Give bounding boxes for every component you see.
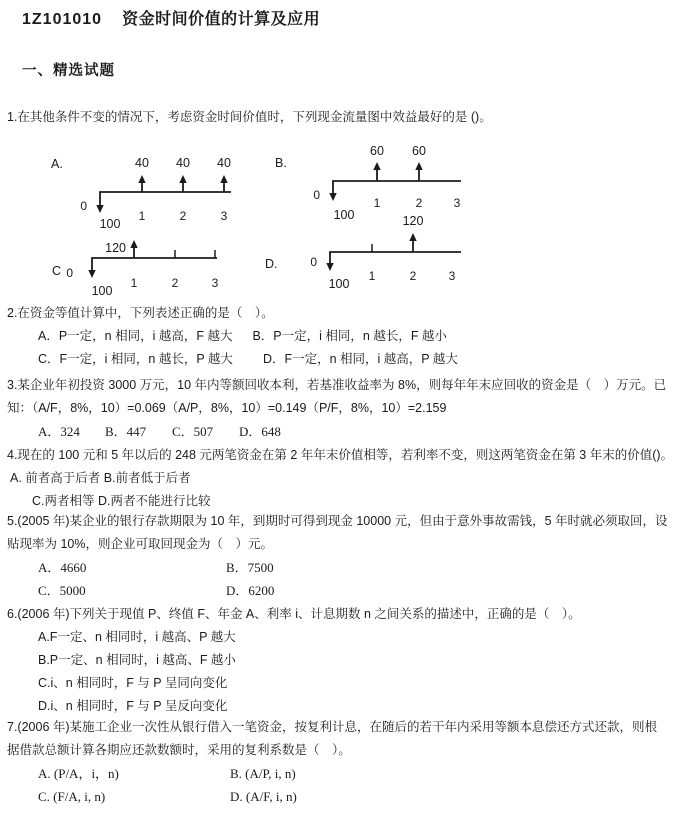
time-label-3: 3 — [449, 269, 456, 283]
option-c: C．5000 — [38, 579, 226, 602]
time-label-0: 0 — [80, 199, 87, 213]
inflow-amount: 60 — [412, 145, 426, 158]
section-heading: 一、精选试题 — [22, 59, 115, 80]
outflow-amount: 100 — [100, 217, 121, 231]
option-c: C. (F/A, i, n) — [38, 785, 230, 808]
arrowhead-down — [96, 205, 103, 213]
option-a: A．324 — [38, 420, 81, 443]
option-b: B．7500 — [226, 560, 274, 575]
question-3: 3.某企业年初投资 3000 万元，10 年内等额回收本利，若基准收益率为 8%… — [7, 374, 666, 443]
question-2-options-row-2: C．F一定，i 相同，n 越长，P 越大D．F一定，n 相同，i 越高，P 越大 — [7, 348, 458, 371]
question-7-text-line-1: 7.(2006 年)某施工企业一次性从银行借入一笔资金，按复利计息，在随后的若干… — [7, 716, 657, 739]
question-4-options-row-1: A. 前者高于后者 B.前者低于后者 — [7, 467, 673, 490]
option-c: C．507 — [172, 420, 215, 443]
question-7-options-row-1: A. (P/A，i，n)B. (A/P, i, n) — [7, 762, 657, 785]
time-label-3: 3 — [212, 276, 219, 290]
inflow-amount: 120 — [403, 214, 424, 228]
inflow-amount: 40 — [217, 156, 231, 170]
time-label-2: 2 — [416, 196, 423, 210]
inflow-amount: 120 — [105, 241, 126, 255]
cashflow-diagram-c: C0100120123 — [40, 235, 257, 302]
arrowhead-down — [329, 193, 336, 201]
diagram-option-letter: D. — [265, 257, 278, 271]
arrowhead-up — [415, 162, 422, 170]
question-2: 2.在资金等值计算中，下列表述正确的是（ ）。 A．P一定，n 相同，i 越高，… — [7, 302, 458, 371]
arrowhead-up — [179, 175, 186, 183]
cashflow-svg-d: D.0100120123 — [258, 212, 480, 300]
option-a: A.F一定、n 相同时，i 越高、P 越大 — [7, 626, 581, 649]
question-5: 5.(2005 年)某企业的银行存款期限为 10 年，到期时可得到现金 1000… — [7, 510, 668, 602]
time-label-0: 0 — [310, 255, 317, 269]
arrowhead-up — [138, 175, 145, 183]
question-5-text-line-2: 贴现率为 10%，则企业可取回现金为（ ）元。 — [7, 533, 668, 556]
option-c: C.i、n 相同时，F 与 P 呈同向变化 — [7, 672, 581, 695]
option-d: D. (A/F, i, n) — [230, 789, 297, 804]
question-4: 4.现在的 100 元和 5 年以后的 248 元两笔资金在第 2 年年末价值相… — [7, 444, 673, 513]
inflow-amount: 40 — [135, 156, 149, 170]
option-d: D．F一定，n 相同，i 越高，P 越大 — [263, 352, 458, 366]
cashflow-diagram-a: A.0100404040123 — [40, 150, 255, 241]
question-5-options-row-1: A．4660B．7500 — [7, 556, 668, 579]
question-5-options-row-2: C．5000D．6200 — [7, 579, 668, 602]
question-7-text-line-2: 据借款总额计算各期应还款数额时，采用的复利系数是（ ）。 — [7, 739, 657, 762]
time-label-0: 0 — [313, 188, 320, 202]
question-2-options-row-1: A．P一定，n 相同，i 越高，F 越大B．P一定，i 相同，n 越长，F 越小 — [7, 325, 458, 348]
time-label-2: 2 — [180, 209, 187, 223]
arrowhead-down — [88, 270, 95, 278]
document-title: 1Z101010资金时间价值的计算及应用 — [22, 6, 320, 29]
q1-cashflow-diagrams: A.0100404040123 B.01006060123 C010012012… — [0, 138, 684, 301]
option-b: B．P一定，i 相同，n 越长，F 越小 — [252, 329, 446, 343]
option-d: D．6200 — [226, 583, 274, 598]
diagram-option-letter: B. — [275, 156, 287, 170]
time-label-2: 2 — [410, 269, 417, 283]
inflow-amount: 40 — [176, 156, 190, 170]
arrowhead-down — [326, 263, 333, 271]
arrowhead-up — [220, 175, 227, 183]
option-d: D．648 — [239, 424, 281, 439]
diagram-option-letter: A. — [51, 157, 63, 171]
cashflow-svg-c: C0100120123 — [40, 235, 257, 299]
time-label-1: 1 — [139, 209, 146, 223]
question-3-text-line-2: 知：（A/F，8%，10）=0.069（A/P，8%，10）=0.149（P/F… — [7, 397, 666, 420]
question-6: 6.(2006 年)下列关于现值 P、终值 F、年金 A、利率 i、计息期数 n… — [7, 603, 581, 718]
question-1: 1.在其他条件不变的情况下，考虑资金时间价值时，下列现金流量图中效益最好的是 (… — [7, 106, 492, 129]
question-6-text: 6.(2006 年)下列关于现值 P、终值 F、年金 A、利率 i、计息期数 n… — [7, 603, 581, 626]
time-label-3: 3 — [221, 209, 228, 223]
exam-document-page: { "document": { "code": "1Z101010", "tit… — [0, 0, 684, 820]
question-3-text-line-1: 3.某企业年初投资 3000 万元，10 年内等额回收本利，若基准收益率为 8%… — [7, 374, 666, 397]
cashflow-diagram-d: D.0100120123 — [258, 212, 480, 303]
page-title: 资金时间价值的计算及应用 — [122, 11, 320, 28]
inflow-amount: 60 — [370, 145, 384, 158]
question-7: 7.(2006 年)某施工企业一次性从银行借入一笔资金，按复利计息，在随后的若干… — [7, 716, 657, 808]
time-label-2: 2 — [172, 276, 179, 290]
time-label-1: 1 — [374, 196, 381, 210]
arrowhead-up — [409, 233, 416, 241]
time-label-3: 3 — [454, 196, 461, 210]
time-label-1: 1 — [369, 269, 376, 283]
option-a: A．4660 — [38, 556, 226, 579]
question-4-text: 4.现在的 100 元和 5 年以后的 248 元两笔资金在第 2 年年末价值相… — [7, 444, 673, 467]
course-code: 1Z101010 — [22, 11, 102, 28]
diagram-option-letter: C — [52, 264, 61, 278]
time-label-1: 1 — [131, 276, 138, 290]
cashflow-svg-a: A.0100404040123 — [40, 150, 255, 238]
arrowhead-up — [130, 240, 137, 248]
option-b: B. (A/P, i, n) — [230, 766, 296, 781]
question-2-text: 2.在资金等值计算中，下列表述正确的是（ ）。 — [7, 302, 458, 325]
outflow-amount: 100 — [92, 284, 113, 298]
outflow-amount: 100 — [329, 277, 350, 291]
arrowhead-up — [373, 162, 380, 170]
option-b: B．447 — [105, 420, 148, 443]
question-3-options-row: A．324B．447C．507D．648 — [7, 420, 666, 443]
question-7-options-row-2: C. (F/A, i, n)D. (A/F, i, n) — [7, 785, 657, 808]
option-a: A. (P/A，i，n) — [38, 762, 230, 785]
time-label-0: 0 — [66, 266, 73, 280]
option-a: A．P一定，n 相同，i 越高，F 越大 — [38, 329, 232, 343]
question-1-text: 1.在其他条件不变的情况下，考虑资金时间价值时，下列现金流量图中效益最好的是 (… — [7, 106, 492, 129]
question-5-text-line-1: 5.(2005 年)某企业的银行存款期限为 10 年，到期时可得到现金 1000… — [7, 510, 668, 533]
option-c: C．F一定，i 相同，n 越长，P 越大 — [38, 352, 233, 366]
option-d: D.i、n 相同时，F 与 P 呈反向变化 — [7, 695, 581, 718]
option-b: B.P一定、n 相同时，i 越高、F 越小 — [7, 649, 581, 672]
